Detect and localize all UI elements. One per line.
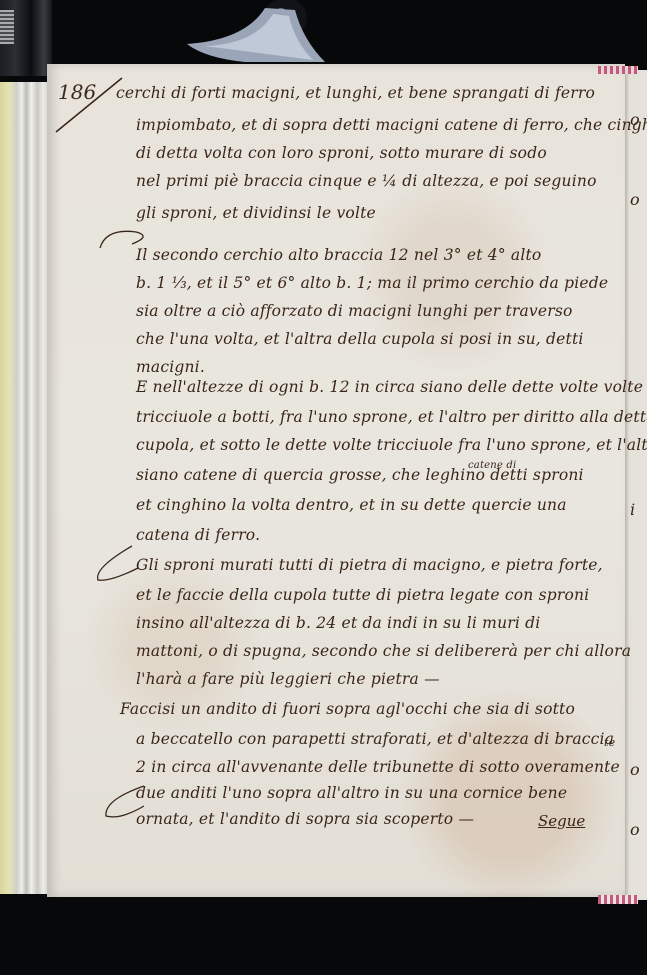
flourish-initial bbox=[100, 780, 150, 825]
text-line: E nell'altezze di ogni b. 12 in circa si… bbox=[136, 378, 643, 396]
text-line: nel primi piè braccia cinque e ¼ di alte… bbox=[136, 172, 597, 190]
text-line: Gli sproni murati tutti di pietra di mac… bbox=[136, 556, 603, 574]
text-line: et le faccie della cupola tutte di pietr… bbox=[136, 586, 589, 604]
text-line: di detta volta con loro sproni, sotto mu… bbox=[136, 144, 547, 162]
text-line: b. 1 ⅓, et il 5° et 6° alto b. 1; ma il … bbox=[136, 274, 608, 292]
metal-page-weight bbox=[185, 0, 335, 64]
facing-page-fragment: o bbox=[630, 760, 640, 779]
text-line: siano catene di quercia grosse, che legh… bbox=[136, 466, 584, 484]
ribbon-bookmark-top bbox=[598, 66, 638, 74]
text-line: a beccatello con parapetti straforati, e… bbox=[136, 730, 614, 748]
text-line: 2 in circa all'avvenante delle tribunett… bbox=[136, 758, 620, 776]
text-line: cupola, et sotto le dette volte tricciuo… bbox=[136, 436, 647, 454]
text-line: macigni. bbox=[136, 358, 205, 376]
interlinear-note: catene di bbox=[468, 460, 516, 471]
facing-page-fragment: o bbox=[630, 820, 640, 839]
text-line: cerchi di forti macigni, et lunghi, et b… bbox=[116, 84, 595, 102]
text-line: l'harà a fare più leggieri che pietra — bbox=[136, 670, 440, 688]
text-line: sia oltre a ciò afforzato di macigni lun… bbox=[136, 302, 573, 320]
text-line: che l'una volta, et l'altra della cupola… bbox=[136, 330, 584, 348]
text-line: gli sproni, et dividinsi le volte bbox=[136, 204, 376, 222]
text-line: Faccisi un andito di fuori sopra agl'occ… bbox=[120, 700, 575, 718]
text-line: ornata, et l'andito di sopra sia scopert… bbox=[136, 810, 474, 828]
flourish-initial bbox=[92, 538, 142, 588]
text-line: impiombato, et di sopra detti macigni ca… bbox=[136, 116, 647, 134]
superscript-note: te bbox=[604, 736, 615, 749]
facing-page-fragment: o bbox=[630, 110, 640, 129]
text-line: et cinghino la volta dentro, et in su de… bbox=[136, 496, 567, 514]
text-line: mattoni, o di spugna, secondo che si del… bbox=[136, 642, 631, 660]
clamp-detail bbox=[0, 10, 14, 44]
text-line: due anditi l'uno sopra all'altro in su u… bbox=[136, 784, 567, 802]
page-edges-stack bbox=[0, 82, 48, 894]
text-line: insino all'altezza di b. 24 et da indi i… bbox=[136, 614, 540, 632]
text-line: catena di ferro. bbox=[136, 526, 260, 544]
facing-page-fragment: o bbox=[630, 190, 640, 209]
flourish-initial bbox=[96, 226, 156, 256]
book-clamp-left bbox=[0, 0, 52, 76]
text-line: Il secondo cerchio alto braccia 12 nel 3… bbox=[136, 246, 541, 264]
facing-page-fragment: i bbox=[630, 500, 635, 519]
ribbon-bookmark-bottom bbox=[598, 895, 638, 904]
text-line: tricciuole a botti, fra l'uno sprone, et… bbox=[136, 408, 647, 426]
catchword: Segue bbox=[538, 812, 585, 830]
